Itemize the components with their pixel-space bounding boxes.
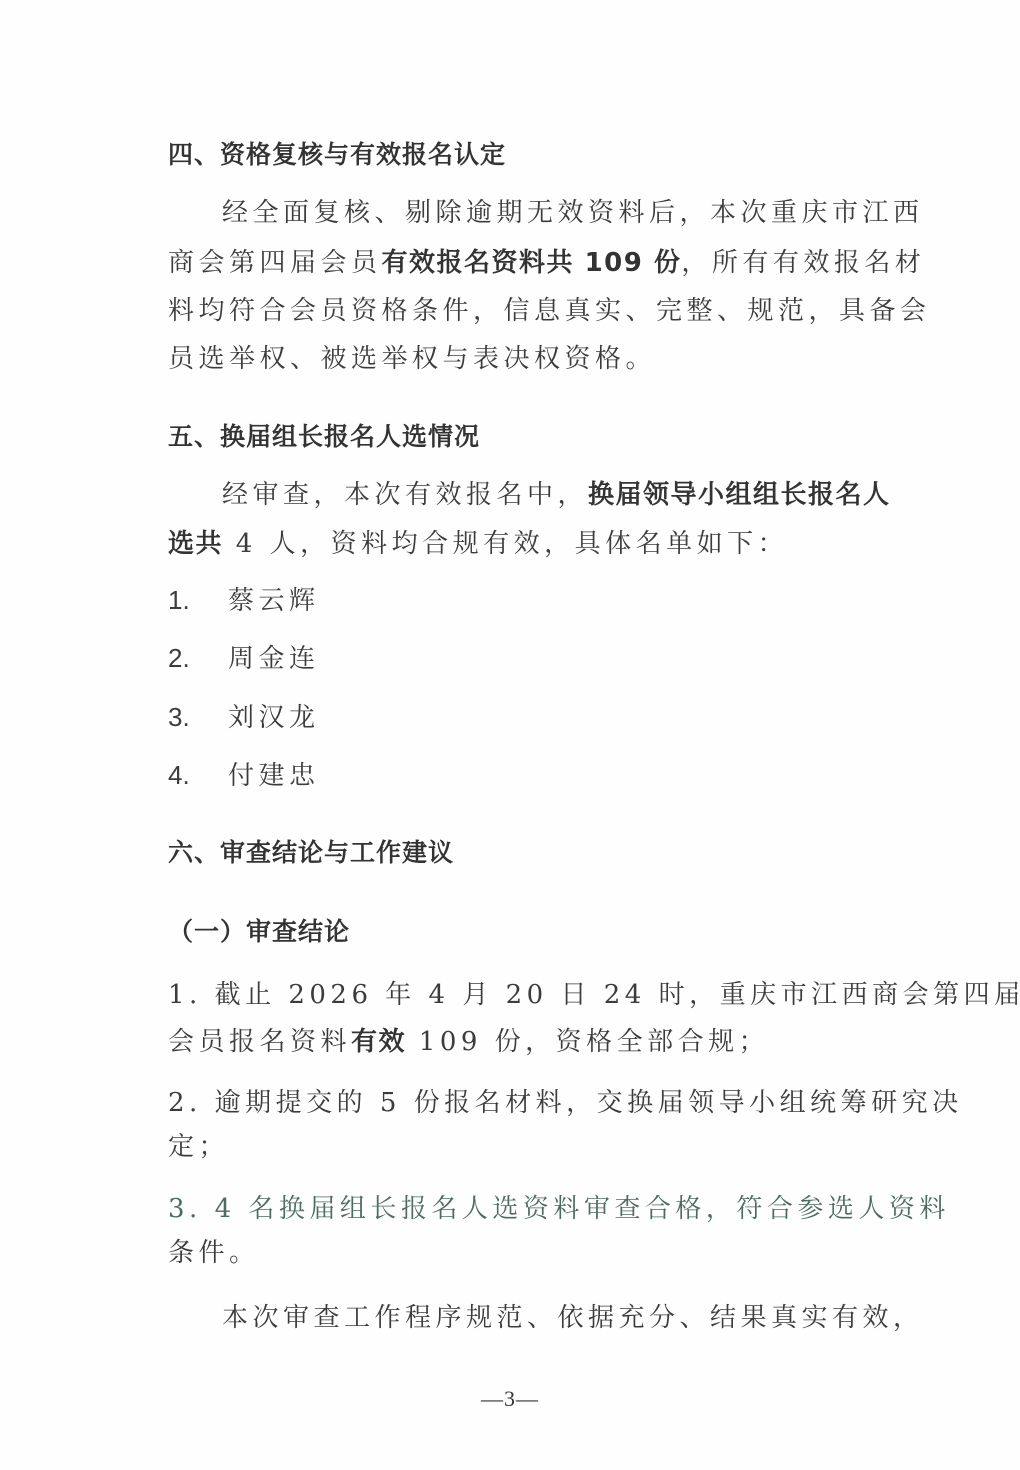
conclusion-item-3: 3. 4 名换届组长报名人选资料审查合格，符合参选人资料 <box>168 1192 950 1226</box>
list-number: 3. <box>168 702 190 732</box>
text: 商会第四届会员 <box>168 248 382 278</box>
text: 经审查，本次有效报名中， <box>222 480 588 510</box>
highlight-text: 有效 <box>351 1027 406 1057</box>
subsection-heading: （一）审查结论 <box>168 915 350 949</box>
section-heading-5: 五、换届组长报名人选情况 <box>168 420 480 454</box>
conclusion-item-1-cont: 会员报名资料有效 109 份，资格全部合规； <box>168 1025 769 1059</box>
text: 4 人，资料均合规有效，具体名单如下： <box>223 529 788 559</box>
section-heading-6: 六、审查结论与工作建议 <box>168 836 454 870</box>
candidate-item: 4. 付建忠 <box>168 758 320 793</box>
conclusion-item-1: 1. 截止 2026 年 4 月 20 日 24 时，重庆市江西商会第四届 <box>168 978 1020 1012</box>
paragraph-line: 员选举权、被选举权与表决权资格。 <box>168 342 656 376</box>
highlight-text: 选共 <box>168 529 223 559</box>
list-number: 4. <box>168 760 190 790</box>
text: 会员报名资料 <box>168 1027 351 1057</box>
text: ，所有有效报名材 <box>681 248 925 278</box>
candidate-name: 刘汉龙 <box>228 703 320 733</box>
highlight-text: 换届领导小组组长报名人 <box>588 480 891 510</box>
candidate-name: 付建忠 <box>228 761 320 791</box>
candidate-item: 2. 周金连 <box>168 641 320 676</box>
text: 109 份，资格全部合规； <box>406 1027 769 1057</box>
paragraph-line: 经全面复核、剔除逾期无效资料后，本次重庆市江西 <box>222 196 924 230</box>
candidate-name: 周金连 <box>228 644 320 674</box>
candidate-name: 蔡云辉 <box>228 586 320 616</box>
list-number: 2. <box>168 643 190 673</box>
paragraph-line: 选共 4 人，资料均合规有效，具体名单如下： <box>168 527 788 561</box>
section-heading-4: 四、资格复核与有效报名认定 <box>168 138 506 172</box>
paragraph-line: 商会第四届会员有效报名资料共 109 份，所有有效报名材 <box>168 246 925 280</box>
candidate-item: 1. 蔡云辉 <box>168 583 320 618</box>
document-page: 四、资格复核与有效报名认定 经全面复核、剔除逾期无效资料后，本次重庆市江西 商会… <box>0 0 1020 1470</box>
conclusion-item-2: 2. 逾期提交的 5 份报名材料，交换届领导小组统筹研究决 <box>168 1086 963 1120</box>
paragraph-line: 料均符合会员资格条件，信息真实、完整、规范，具备会 <box>168 294 931 328</box>
candidate-item: 3. 刘汉龙 <box>168 700 320 735</box>
highlight-text: 有效报名资料共 109 份 <box>382 248 682 278</box>
page-number: —3— <box>0 1386 1020 1412</box>
closing-line: 本次审查工作程序规范、依据充分、结果真实有效， <box>222 1301 924 1335</box>
conclusion-item-2-cont: 定； <box>168 1130 229 1164</box>
list-number: 1. <box>168 585 190 615</box>
paragraph-line: 经审查，本次有效报名中，换届领导小组组长报名人 <box>222 478 891 512</box>
conclusion-item-3-cont: 条件。 <box>168 1236 260 1270</box>
